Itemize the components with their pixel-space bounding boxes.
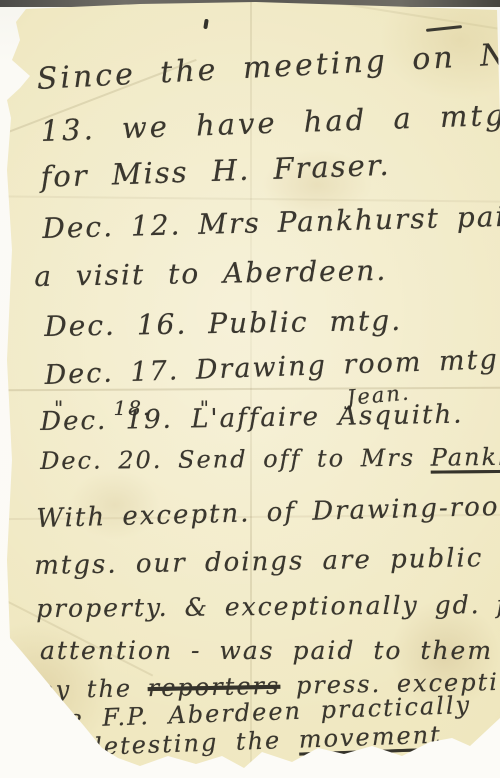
text-segment: Dec. 19. L'affaire Asquith. [40, 400, 464, 437]
text-segment: Dec. 12. Mrs Pankhurst paid [42, 199, 500, 245]
handwritten-line: Dec. 16. Public mtg. [44, 304, 402, 343]
handwritten-line: mtgs. our doings are public [34, 543, 484, 581]
ink-dot-mark [203, 19, 209, 30]
text-segment: 13. we have had a mtg. [40, 97, 500, 148]
text-segment: for Miss H. Fraser. [40, 148, 391, 194]
text-segment: detesting the [86, 726, 299, 761]
handwritten-line: a visit to Aberdeen. [34, 254, 387, 293]
handwritten-line: Since the meeting on Nov. [36, 35, 500, 97]
handwritten-line: property. & exceptionally gd. for [36, 590, 500, 623]
handwritten-line: for Miss H. Fraser. [40, 148, 391, 194]
text-segment: by the [38, 674, 148, 704]
text-segment: Dec. 17. Drawing room mtg [44, 344, 499, 391]
handwritten-line: Dec. 19. L'affaire Asquith. [40, 400, 464, 437]
torn-paper-sheet: Since the meeting on Nov.13. we have had… [0, 0, 500, 778]
text-segment: With exceptn. of Drawing-room [36, 491, 500, 534]
handwritten-line: With exceptn. of Drawing-room [36, 491, 500, 534]
ink-dash-mark [426, 25, 462, 32]
text-segment: Pankhurst. [431, 442, 500, 471]
text-segment: Dec. 16. Public mtg. [44, 304, 402, 343]
text-segment: mtgs. our doings are public [34, 543, 484, 581]
handwritten-line: Dec. 20. Send off to Mrs Pankhurst. [40, 442, 500, 475]
text-segment: attention - was paid to them [40, 636, 493, 665]
handwritten-line: attention - was paid to them [40, 636, 493, 665]
text-segment: Since the meeting on Nov. [36, 35, 500, 97]
handwritten-line: Dec. 12. Mrs Pankhurst paid [42, 199, 500, 245]
text-segment: movement [298, 721, 442, 754]
handwritten-line: 13. we have had a mtg. [40, 97, 500, 148]
text-segment: Dec. 20. Send off to Mrs [40, 444, 431, 475]
text-segment: property. & exceptionally gd. for [36, 590, 500, 623]
text-segment: a visit to Aberdeen. [34, 254, 387, 293]
scanned-handwritten-note: Since the meeting on Nov.13. we have had… [0, 0, 500, 778]
handwritten-line: Dec. 17. Drawing room mtg [44, 344, 499, 391]
